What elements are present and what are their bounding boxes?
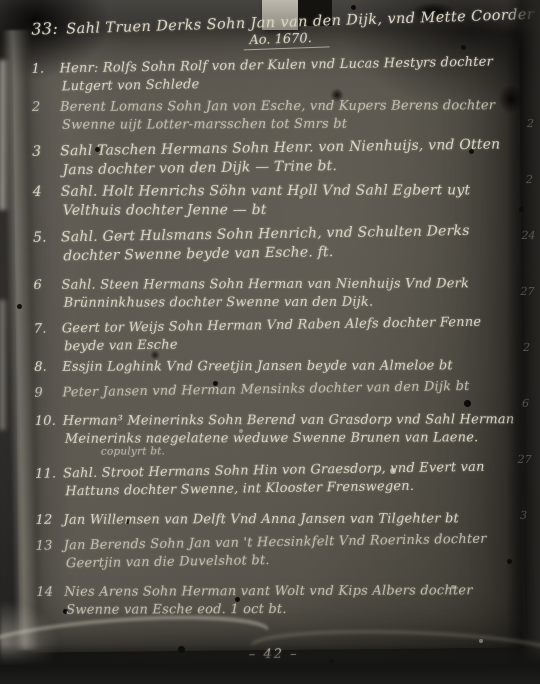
entry-text: Essjin Loghink Vnd Greetjin Jansen beyde…: [62, 358, 453, 374]
register-entry: 8.Essjin Loghink Vnd Greetjin Jansen bey…: [34, 357, 516, 377]
register-entry: 12Jan Willemsen van Delft Vnd Anna Janse…: [36, 510, 518, 530]
register-entry: 5.Sahl. Gert Hulsmans Sohn Henrich, vnd …: [33, 221, 516, 267]
entry-number: 9: [34, 384, 58, 402]
entry-text: Jan Berends Sohn Jan van 't Hecsinkfelt …: [64, 532, 487, 572]
entry-number: 13: [36, 537, 60, 555]
register-entry: 1.Henr: Rolfs Sohn Rolf von der Kulen vn…: [31, 53, 514, 97]
entry-number: 1.: [31, 60, 55, 78]
entry-number: 2: [32, 99, 56, 117]
entry-text: Berent Lomans Sohn Jan von Esche, vnd Ku…: [60, 98, 495, 133]
entry-text: Jan Willemsen van Delft Vnd Anna Jansen …: [64, 511, 459, 527]
entry-text: Sahl. Holt Henrichs Söhn vant Holl Vnd S…: [61, 182, 471, 218]
entry-text: Sahl. Steen Hermans Sohn Herman van Nien…: [62, 276, 470, 310]
entry-number: 12: [36, 512, 60, 530]
register-entry: 13Jan Berends Sohn Jan van 't Hecsinkfel…: [36, 530, 519, 574]
register-entry: 2Berent Lomans Sohn Jan von Esche, vnd K…: [32, 97, 514, 135]
entry-number: 5.: [33, 228, 57, 247]
entry-number: 14: [36, 584, 60, 602]
entry-note: copulyrt bt.: [101, 445, 517, 457]
page-edge-highlight: [0, 60, 9, 210]
entry-text: Henr: Rolfs Sohn Rolf von der Kulen vnd …: [59, 55, 493, 95]
manuscript-photo: 33: Sahl Truen Derks Sohn Jan van den Di…: [0, 0, 540, 684]
register-entry: 10.Herman³ Meinerinks Sohn Berend van Gr…: [35, 411, 517, 458]
entry-text: Sahl. Stroot Hermans Sohn Hin von Graesd…: [63, 460, 485, 500]
entry-number: 3: [32, 142, 56, 161]
photo-specks-light: [0, 0, 2, 2]
entry-number: 6: [34, 277, 58, 295]
register-entry: 4Sahl. Holt Henrichs Söhn vant Holl Vnd …: [33, 181, 515, 221]
anno-year: Ao. 1670.: [243, 30, 330, 50]
entry-number: 8.: [34, 359, 58, 377]
header-number: 33:: [31, 19, 59, 39]
entry-text: Herman³ Meinerinks Sohn Berend van Grasd…: [63, 412, 515, 447]
entry-number: 10.: [35, 413, 59, 431]
entry-number: 7.: [34, 320, 58, 338]
entry-text: Sahl. Gert Hulsmans Sohn Henrich, vnd Sc…: [61, 223, 470, 264]
register-entry: 11.Sahl. Stroot Hermans Sohn Hin von Gra…: [35, 458, 518, 502]
entry-number: 4: [33, 183, 57, 202]
entry-text: Peter Jansen vnd Herman Mensinks dochter…: [62, 379, 469, 400]
register-entry: 9Peter Jansen vnd Herman Mensinks dochte…: [34, 377, 516, 403]
entry-text: Nies Arens Sohn Herman vant Wolt vnd Kip…: [64, 583, 473, 617]
register-entry: 7.Geert tor Weijs Sohn Herman Vnd Raben …: [34, 313, 517, 357]
page-edge-highlight: [0, 300, 8, 430]
register-entry: 6Sahl. Steen Hermans Sohn Herman van Nie…: [34, 275, 516, 313]
entry-text: Geert tor Weijs Sohn Herman Vnd Raben Al…: [62, 315, 482, 355]
handwritten-content: 33: Sahl Truen Derks Sohn Jan van den Di…: [31, 10, 519, 678]
register-entry: 14Nies Arens Sohn Herman vant Wolt vnd K…: [36, 582, 518, 620]
entry-number: 11.: [35, 465, 59, 483]
entry-text: Sahl Taschen Hermans Sohn Henr. von Nien…: [60, 136, 500, 178]
register-entry: 3Sahl Taschen Hermans Sohn Henr. von Nie…: [32, 135, 515, 181]
